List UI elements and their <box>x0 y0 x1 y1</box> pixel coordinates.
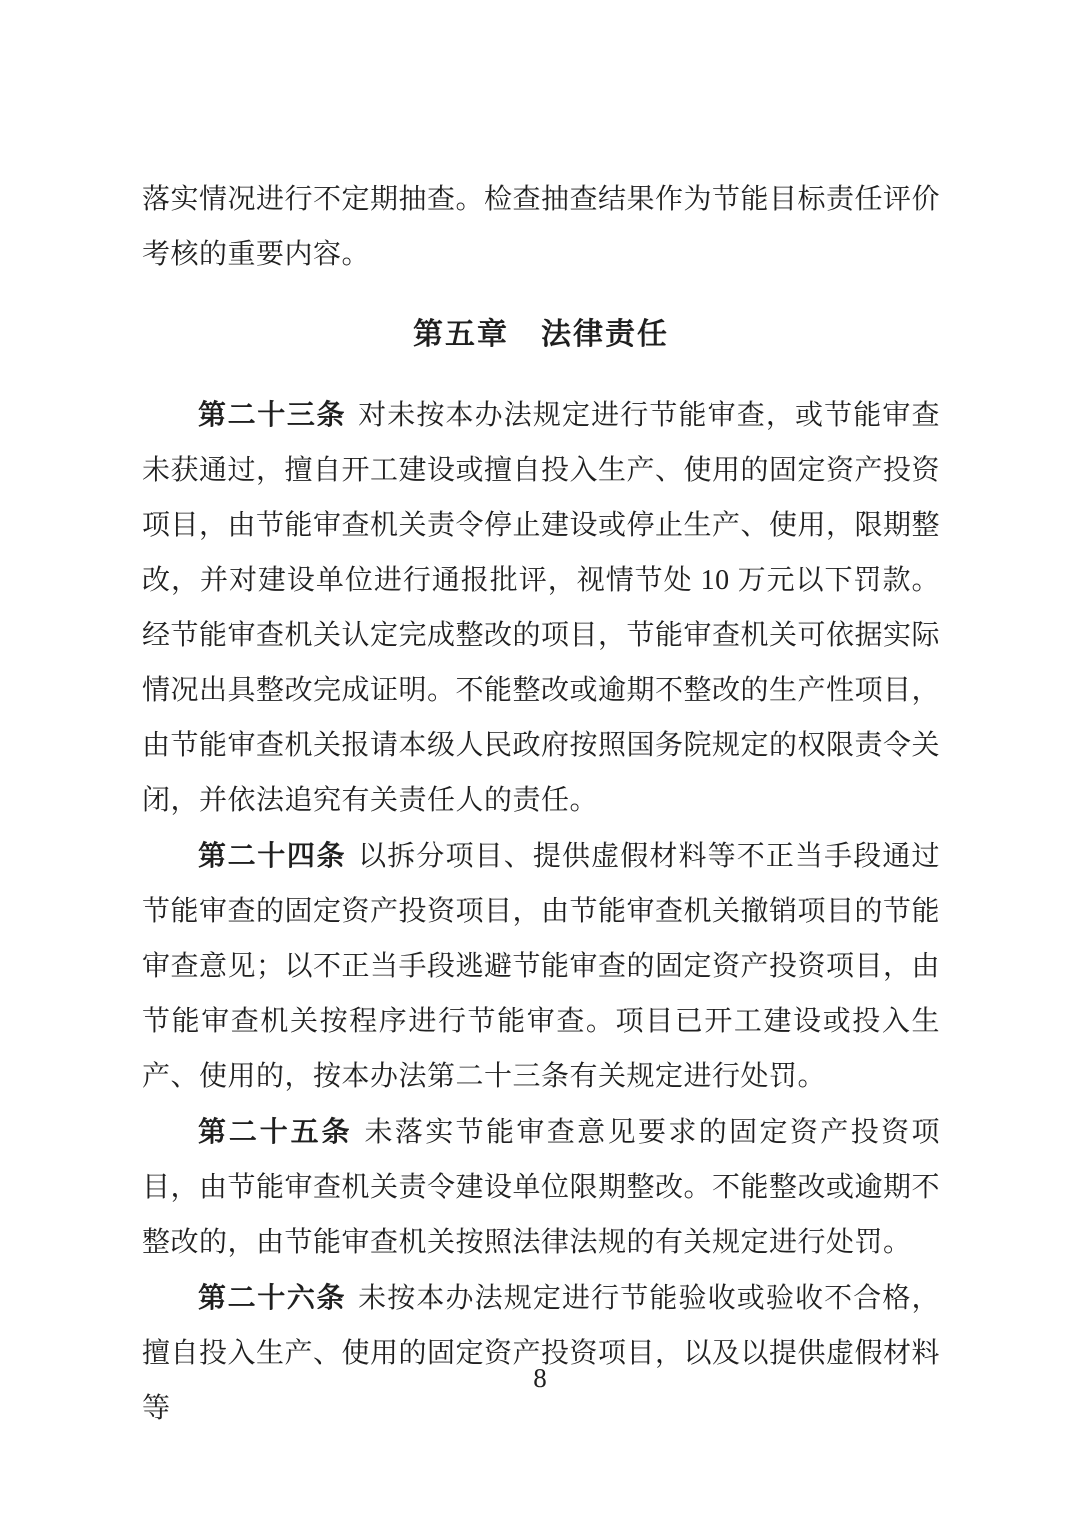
article-26: 第二十六条未按本办法规定进行节能验收或验收不合格，擅自投入生产、使用的固定资产投… <box>142 1270 940 1436</box>
article-23: 第二十三条对未按本办法规定进行节能审查，或节能审查未获通过，擅自开工建设或擅自投… <box>142 387 940 828</box>
document-page: 落实情况进行不定期抽查。检查抽查结果作为节能目标责任评价考核的重要内容。 第五章… <box>0 0 1080 1527</box>
article-24: 第二十四条以拆分项目、提供虚假材料等不正当手段通过节能审查的固定资产投资项目，由… <box>142 828 940 1104</box>
page-number: 8 <box>0 1358 1080 1398</box>
article-23-text: 对未按本办法规定进行节能审查，或节能审查未获通过，擅自开工建设或擅自投入生产、使… <box>142 400 940 816</box>
article-23-label: 第二十三条 <box>198 399 346 430</box>
continuation-paragraph: 落实情况进行不定期抽查。检查抽查结果作为节能目标责任评价考核的重要内容。 <box>142 172 940 282</box>
article-26-label: 第二十六条 <box>198 1282 346 1313</box>
article-24-label: 第二十四条 <box>198 840 346 871</box>
chapter-heading: 第五章 法律责任 <box>142 307 940 362</box>
article-25-label: 第二十五条 <box>198 1116 352 1147</box>
article-25: 第二十五条未落实节能审查意见要求的固定资产投资项目，由节能审查机关责令建设单位限… <box>142 1104 940 1270</box>
article-24-text: 以拆分项目、提供虚假材料等不正当手段通过节能审查的固定资产投资项目，由节能审查机… <box>142 841 940 1092</box>
